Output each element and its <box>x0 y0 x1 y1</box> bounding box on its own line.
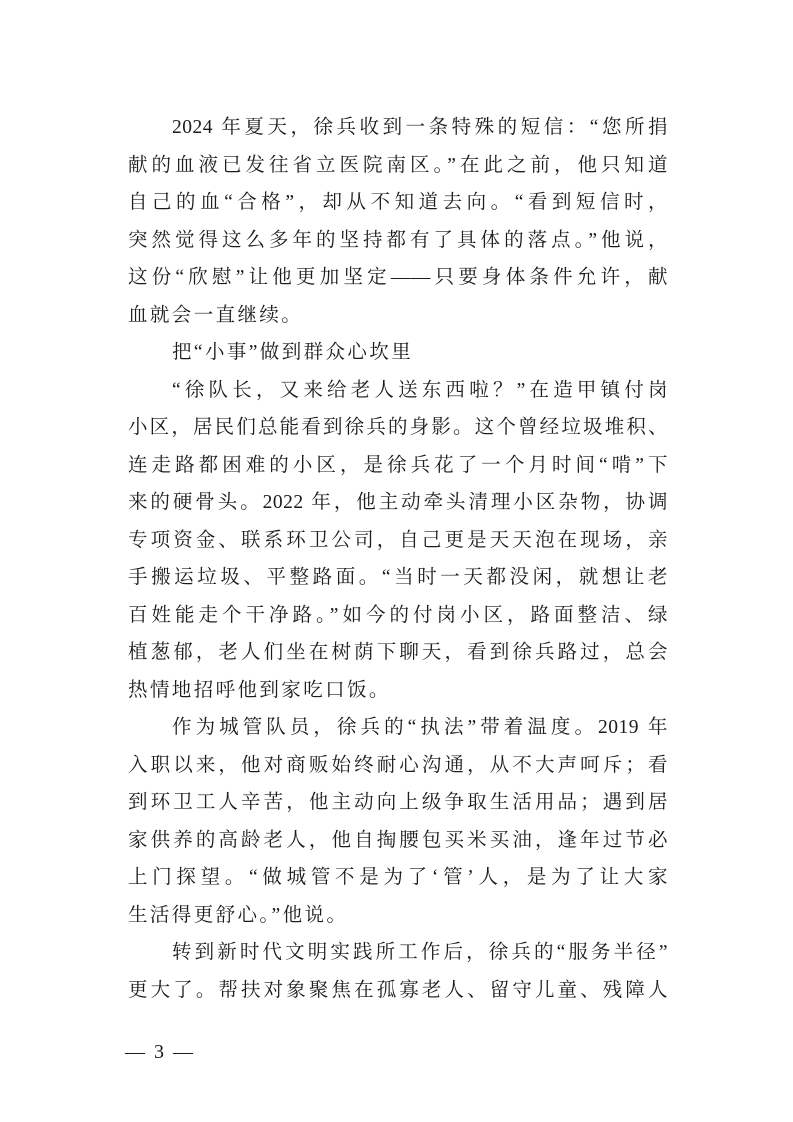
text-line: 更大了。帮扶对象聚焦在孤寡老人、留守儿童、残障人 <box>128 972 668 1010</box>
text-line: 突然觉得这么多年的坚持都有了具体的落点。”他说， <box>128 222 668 260</box>
document-page: 2024 年夏天，徐兵收到一条特殊的短信：“您所捐献的血液已发往省立医院南区。”… <box>0 0 793 1122</box>
text-line: 2024 年夏天，徐兵收到一条特殊的短信：“您所捐 <box>128 109 668 147</box>
text-line: 转到新时代文明实践所工作后，徐兵的“服务半径” <box>128 934 668 972</box>
text-line: 手搬运垃圾、平整路面。“当时一天都没闲，就想让老 <box>128 559 668 597</box>
text-line: 百姓能走个干净路。”如今的付岗小区，路面整洁、绿 <box>128 597 668 635</box>
text-line: 生活得更舒心。”他说。 <box>128 897 668 935</box>
text-line: 家供养的高龄老人，他自掏腰包买米买油，逢年过节必 <box>128 822 668 860</box>
text-line: 来的硬骨头。2022 年，他主动牵头清理小区杂物，协调 <box>128 484 668 522</box>
text-line: 血就会一直继续。 <box>128 297 668 335</box>
page-number: — 3 — <box>125 1039 195 1065</box>
text-line: 小区，居民们总能看到徐兵的身影。这个曾经垃圾堆积、 <box>128 409 668 447</box>
document-body: 2024 年夏天，徐兵收到一条特殊的短信：“您所捐献的血液已发往省立医院南区。”… <box>128 109 668 1009</box>
text-line: 作为城管队员，徐兵的“执法”带着温度。2019 年 <box>128 709 668 747</box>
text-line: 热情地招呼他到家吃口饭。 <box>128 672 668 710</box>
text-line: 自己的血“合格”，却从不知道去向。“看到短信时， <box>128 184 668 222</box>
text-line: 上门探望。“做城管不是为了‘管’人，是为了让大家 <box>128 859 668 897</box>
text-line: 连走路都困难的小区，是徐兵花了一个月时间“啃”下 <box>128 447 668 485</box>
text-line: 植葱郁，老人们坐在树荫下聊天，看到徐兵路过，总会 <box>128 634 668 672</box>
text-line: 献的血液已发往省立医院南区。”在此之前，他只知道 <box>128 147 668 185</box>
text-line: 这份“欣慰”让他更加坚定——只要身体条件允许，献 <box>128 259 668 297</box>
text-line: “徐队长，又来给老人送东西啦？”在造甲镇付岗 <box>128 372 668 410</box>
text-line: 到环卫工人辛苦，他主动向上级争取生活用品；遇到居 <box>128 784 668 822</box>
text-line: 入职以来，他对商贩始终耐心沟通，从不大声呵斥；看 <box>128 747 668 785</box>
section-heading: 把“小事”做到群众心坎里 <box>128 334 668 372</box>
text-line: 专项资金、联系环卫公司，自己更是天天泡在现场，亲 <box>128 522 668 560</box>
